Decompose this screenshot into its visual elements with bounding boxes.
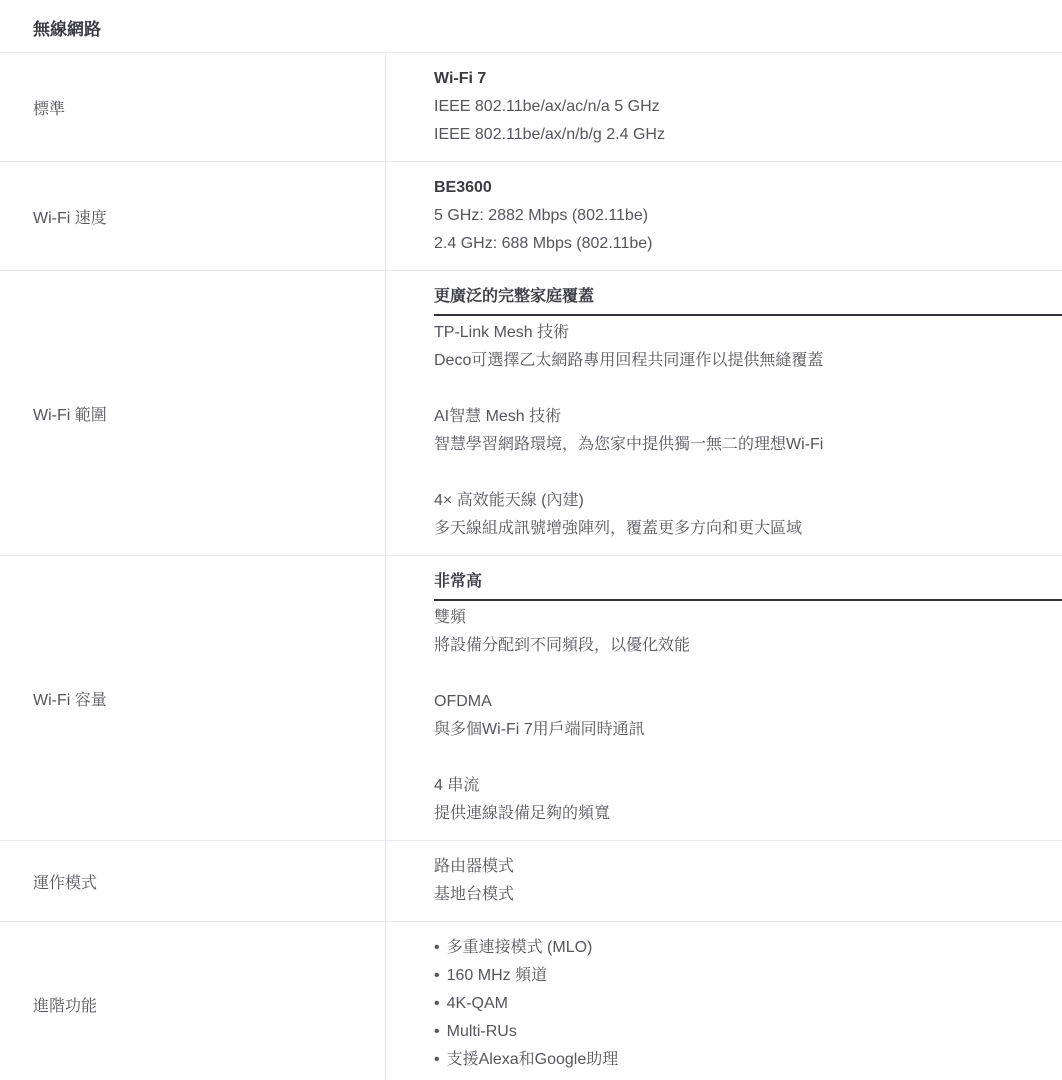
row-value: •多重連接模式 (MLO)•160 MHz 頻道•4K-QAM•Multi-RU… — [385, 922, 1062, 1080]
section-title: 無線網路 — [0, 0, 1062, 53]
spec-table: 標準Wi-Fi 7IEEE 802.11be/ax/ac/n/a 5 GHzIE… — [0, 53, 1062, 1080]
bullet-icon: • — [434, 934, 440, 962]
row-label: 標準 — [0, 53, 385, 161]
row-label: Wi-Fi 速度 — [0, 162, 385, 270]
bullet-icon: • — [434, 1018, 440, 1046]
value-block: 非常高雙頻將設備分配到不同頻段，以優化效能 — [434, 568, 1062, 660]
value-line: 與多個Wi-Fi 7用戶端同時通訊 — [434, 716, 1062, 744]
bullet-icon: • — [434, 1046, 440, 1074]
row-label: 進階功能 — [0, 922, 385, 1080]
bullet-text: 160 MHz 頻道 — [447, 962, 547, 990]
value-line: 提供連線設備足夠的頻寬 — [434, 800, 1062, 828]
value-block: BE36005 GHz: 2882 Mbps (802.11be)2.4 GHz… — [434, 174, 1062, 258]
value-line: IEEE 802.11be/ax/n/b/g 2.4 GHz — [434, 121, 1062, 149]
row-label: Wi-Fi 範圍 — [0, 271, 385, 555]
bullet-line: •支援Alexa和Google助理 — [434, 1046, 1062, 1074]
block-title: BE3600 — [434, 174, 1062, 202]
value-block: 4× 高效能天線 (內建)多天線組成訊號增強陣列，覆蓋更多方向和更大區域 — [434, 487, 1062, 543]
bullet-line: •4K-QAM — [434, 990, 1062, 1018]
value-line: 4 串流 — [434, 772, 1062, 800]
value-line: 智慧學習網路環境，為您家中提供獨一無二的理想Wi-Fi — [434, 431, 1062, 459]
row-value: 非常高雙頻將設備分配到不同頻段，以優化效能OFDMA與多個Wi-Fi 7用戶端同… — [385, 556, 1062, 840]
bullet-icon: • — [434, 962, 440, 990]
value-line: 將設備分配到不同頻段，以優化效能 — [434, 632, 1062, 660]
value-block: •多重連接模式 (MLO)•160 MHz 頻道•4K-QAM•Multi-RU… — [434, 934, 1062, 1074]
row-value: Wi-Fi 7IEEE 802.11be/ax/ac/n/a 5 GHzIEEE… — [385, 53, 1062, 161]
block-title: Wi-Fi 7 — [434, 65, 1062, 93]
table-row: Wi-Fi 速度BE36005 GHz: 2882 Mbps (802.11be… — [0, 162, 1062, 271]
value-line: IEEE 802.11be/ax/ac/n/a 5 GHz — [434, 93, 1062, 121]
bullet-text: 支援Alexa和Google助理 — [447, 1046, 619, 1074]
value-block: Wi-Fi 7IEEE 802.11be/ax/ac/n/a 5 GHzIEEE… — [434, 65, 1062, 149]
block-title: 更廣泛的完整家庭覆蓋 — [434, 283, 1062, 311]
value-block: 4 串流提供連線設備足夠的頻寬 — [434, 772, 1062, 828]
table-row: 進階功能•多重連接模式 (MLO)•160 MHz 頻道•4K-QAM•Mult… — [0, 922, 1062, 1080]
value-line: OFDMA — [434, 688, 1062, 716]
spec-section: 無線網路 標準Wi-Fi 7IEEE 802.11be/ax/ac/n/a 5 … — [0, 0, 1062, 1080]
row-value: BE36005 GHz: 2882 Mbps (802.11be)2.4 GHz… — [385, 162, 1062, 270]
title-underline — [434, 314, 1062, 316]
bullet-icon: • — [434, 990, 440, 1018]
table-row: 運作模式路由器模式基地台模式 — [0, 841, 1062, 922]
value-line: 5 GHz: 2882 Mbps (802.11be) — [434, 202, 1062, 230]
bullet-line: •多重連接模式 (MLO) — [434, 934, 1062, 962]
value-line: 基地台模式 — [434, 881, 1062, 909]
bullet-text: Multi-RUs — [447, 1018, 517, 1046]
value-block: 路由器模式基地台模式 — [434, 853, 1062, 909]
value-line: 2.4 GHz: 688 Mbps (802.11be) — [434, 230, 1062, 258]
value-line: Deco可選擇乙太網路專用回程共同運作以提供無縫覆蓋 — [434, 347, 1062, 375]
value-line: TP-Link Mesh 技術 — [434, 319, 1062, 347]
value-block: AI智慧 Mesh 技術智慧學習網路環境，為您家中提供獨一無二的理想Wi-Fi — [434, 403, 1062, 459]
value-block: 更廣泛的完整家庭覆蓋TP-Link Mesh 技術Deco可選擇乙太網路專用回程… — [434, 283, 1062, 375]
block-title: 非常高 — [434, 568, 1062, 596]
bullet-line: •Multi-RUs — [434, 1018, 1062, 1046]
table-row: Wi-Fi 容量非常高雙頻將設備分配到不同頻段，以優化效能OFDMA與多個Wi-… — [0, 556, 1062, 841]
value-line: 多天線組成訊號增強陣列，覆蓋更多方向和更大區域 — [434, 515, 1062, 543]
row-value: 路由器模式基地台模式 — [385, 841, 1062, 921]
value-line: 路由器模式 — [434, 853, 1062, 881]
bullet-text: 4K-QAM — [447, 990, 508, 1018]
value-line: 雙頻 — [434, 604, 1062, 632]
table-row: Wi-Fi 範圍更廣泛的完整家庭覆蓋TP-Link Mesh 技術Deco可選擇… — [0, 271, 1062, 556]
bullet-line: •160 MHz 頻道 — [434, 962, 1062, 990]
value-block: OFDMA與多個Wi-Fi 7用戶端同時通訊 — [434, 688, 1062, 744]
table-row: 標準Wi-Fi 7IEEE 802.11be/ax/ac/n/a 5 GHzIE… — [0, 53, 1062, 162]
title-underline — [434, 599, 1062, 601]
row-value: 更廣泛的完整家庭覆蓋TP-Link Mesh 技術Deco可選擇乙太網路專用回程… — [385, 271, 1062, 555]
row-label: 運作模式 — [0, 841, 385, 921]
row-label: Wi-Fi 容量 — [0, 556, 385, 840]
value-line: AI智慧 Mesh 技術 — [434, 403, 1062, 431]
value-line: 4× 高效能天線 (內建) — [434, 487, 1062, 515]
bullet-text: 多重連接模式 (MLO) — [447, 934, 593, 962]
